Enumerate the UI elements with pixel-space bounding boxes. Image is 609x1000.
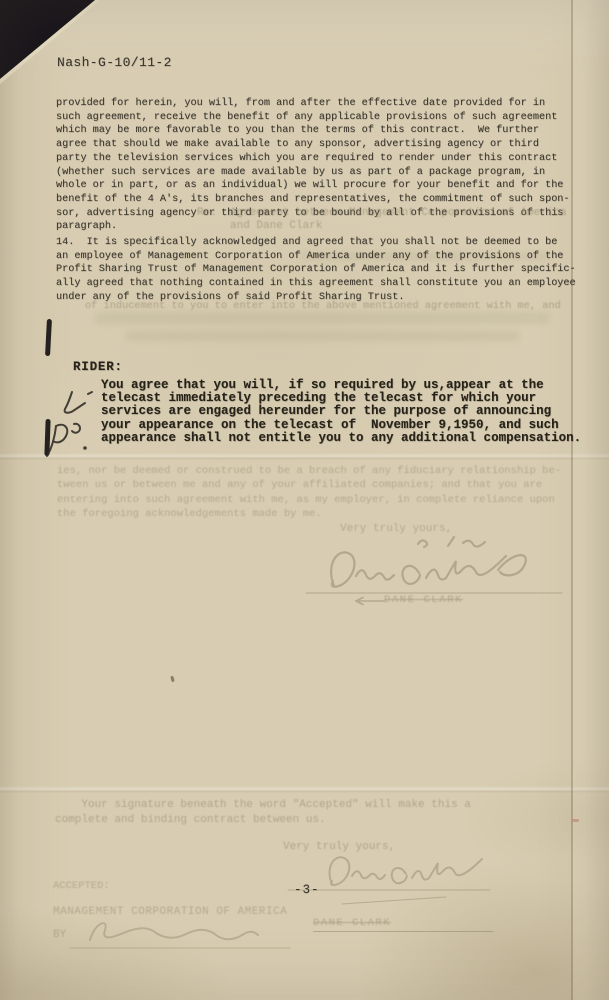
- bleedthrough-smudge: [125, 331, 520, 341]
- signature-line: [313, 931, 493, 932]
- bleedthrough-typed-name-mid: DANE CLARK: [384, 594, 463, 606]
- initials-e: [72, 424, 80, 433]
- signature-mca-representative: [62, 912, 297, 954]
- strike-arrow-mark: [352, 594, 386, 608]
- bleedthrough-smudge: [95, 312, 550, 324]
- bleedthrough-fiduciary-paragraph: ies, nor be deemed or construed to be a …: [57, 464, 561, 521]
- signature-dane-clark-bottom: [284, 846, 554, 910]
- rider-paragraph: You agree that you will, if so required …: [101, 379, 581, 445]
- signature-d-loop: [330, 857, 350, 885]
- bleedthrough-re-line: Re: Agreement between Management Corpora…: [197, 207, 567, 232]
- signature-lark: [412, 859, 482, 880]
- check-mark-dot: [88, 392, 92, 394]
- signature-flourish: [418, 540, 427, 547]
- signature-ane: [356, 570, 394, 579]
- page-number: -3-: [294, 883, 320, 897]
- signature-lark: [426, 556, 506, 579]
- rider-label: RIDER:: [73, 360, 123, 374]
- initials-period: [83, 446, 87, 450]
- scanned-contract-page: Nash-G-10/11-2 provided for herein, you …: [0, 0, 609, 1000]
- page-right-margin: [573, 0, 609, 1000]
- signature-c-loop: [392, 868, 407, 883]
- paper-crease: [0, 786, 609, 793]
- signature-scrawl: [90, 923, 258, 940]
- bleedthrough-fragment-line: of inducement to you to enter into the a…: [85, 300, 561, 312]
- signature-k-flourish: [498, 555, 526, 575]
- bleedthrough-closing-mid: Very truly yours,: [340, 523, 452, 535]
- signature-stray-line: [342, 897, 446, 904]
- signature-c-loop: [402, 566, 420, 584]
- bleedthrough-acceptance-note: Your signature beneath the word "Accepte…: [55, 798, 471, 828]
- signature-d-loop: [331, 552, 354, 586]
- bleedthrough-typed-name-bottom: DANE CLARK: [313, 917, 391, 929]
- ink-speck: [572, 819, 579, 822]
- page-right-edge: [571, 0, 573, 1000]
- bleedthrough-accepted-label: ACCEPTED:: [53, 880, 110, 892]
- signature-ane: [352, 871, 385, 879]
- contract-clause-14: 14. It is specifically acknowledged and …: [56, 236, 576, 305]
- handwritten-margin-annotations: [44, 382, 114, 462]
- document-reference: Nash-G-10/11-2: [57, 55, 172, 70]
- check-mark: [65, 392, 85, 413]
- signature-flourish: [448, 537, 454, 546]
- signature-flourish: [463, 541, 485, 547]
